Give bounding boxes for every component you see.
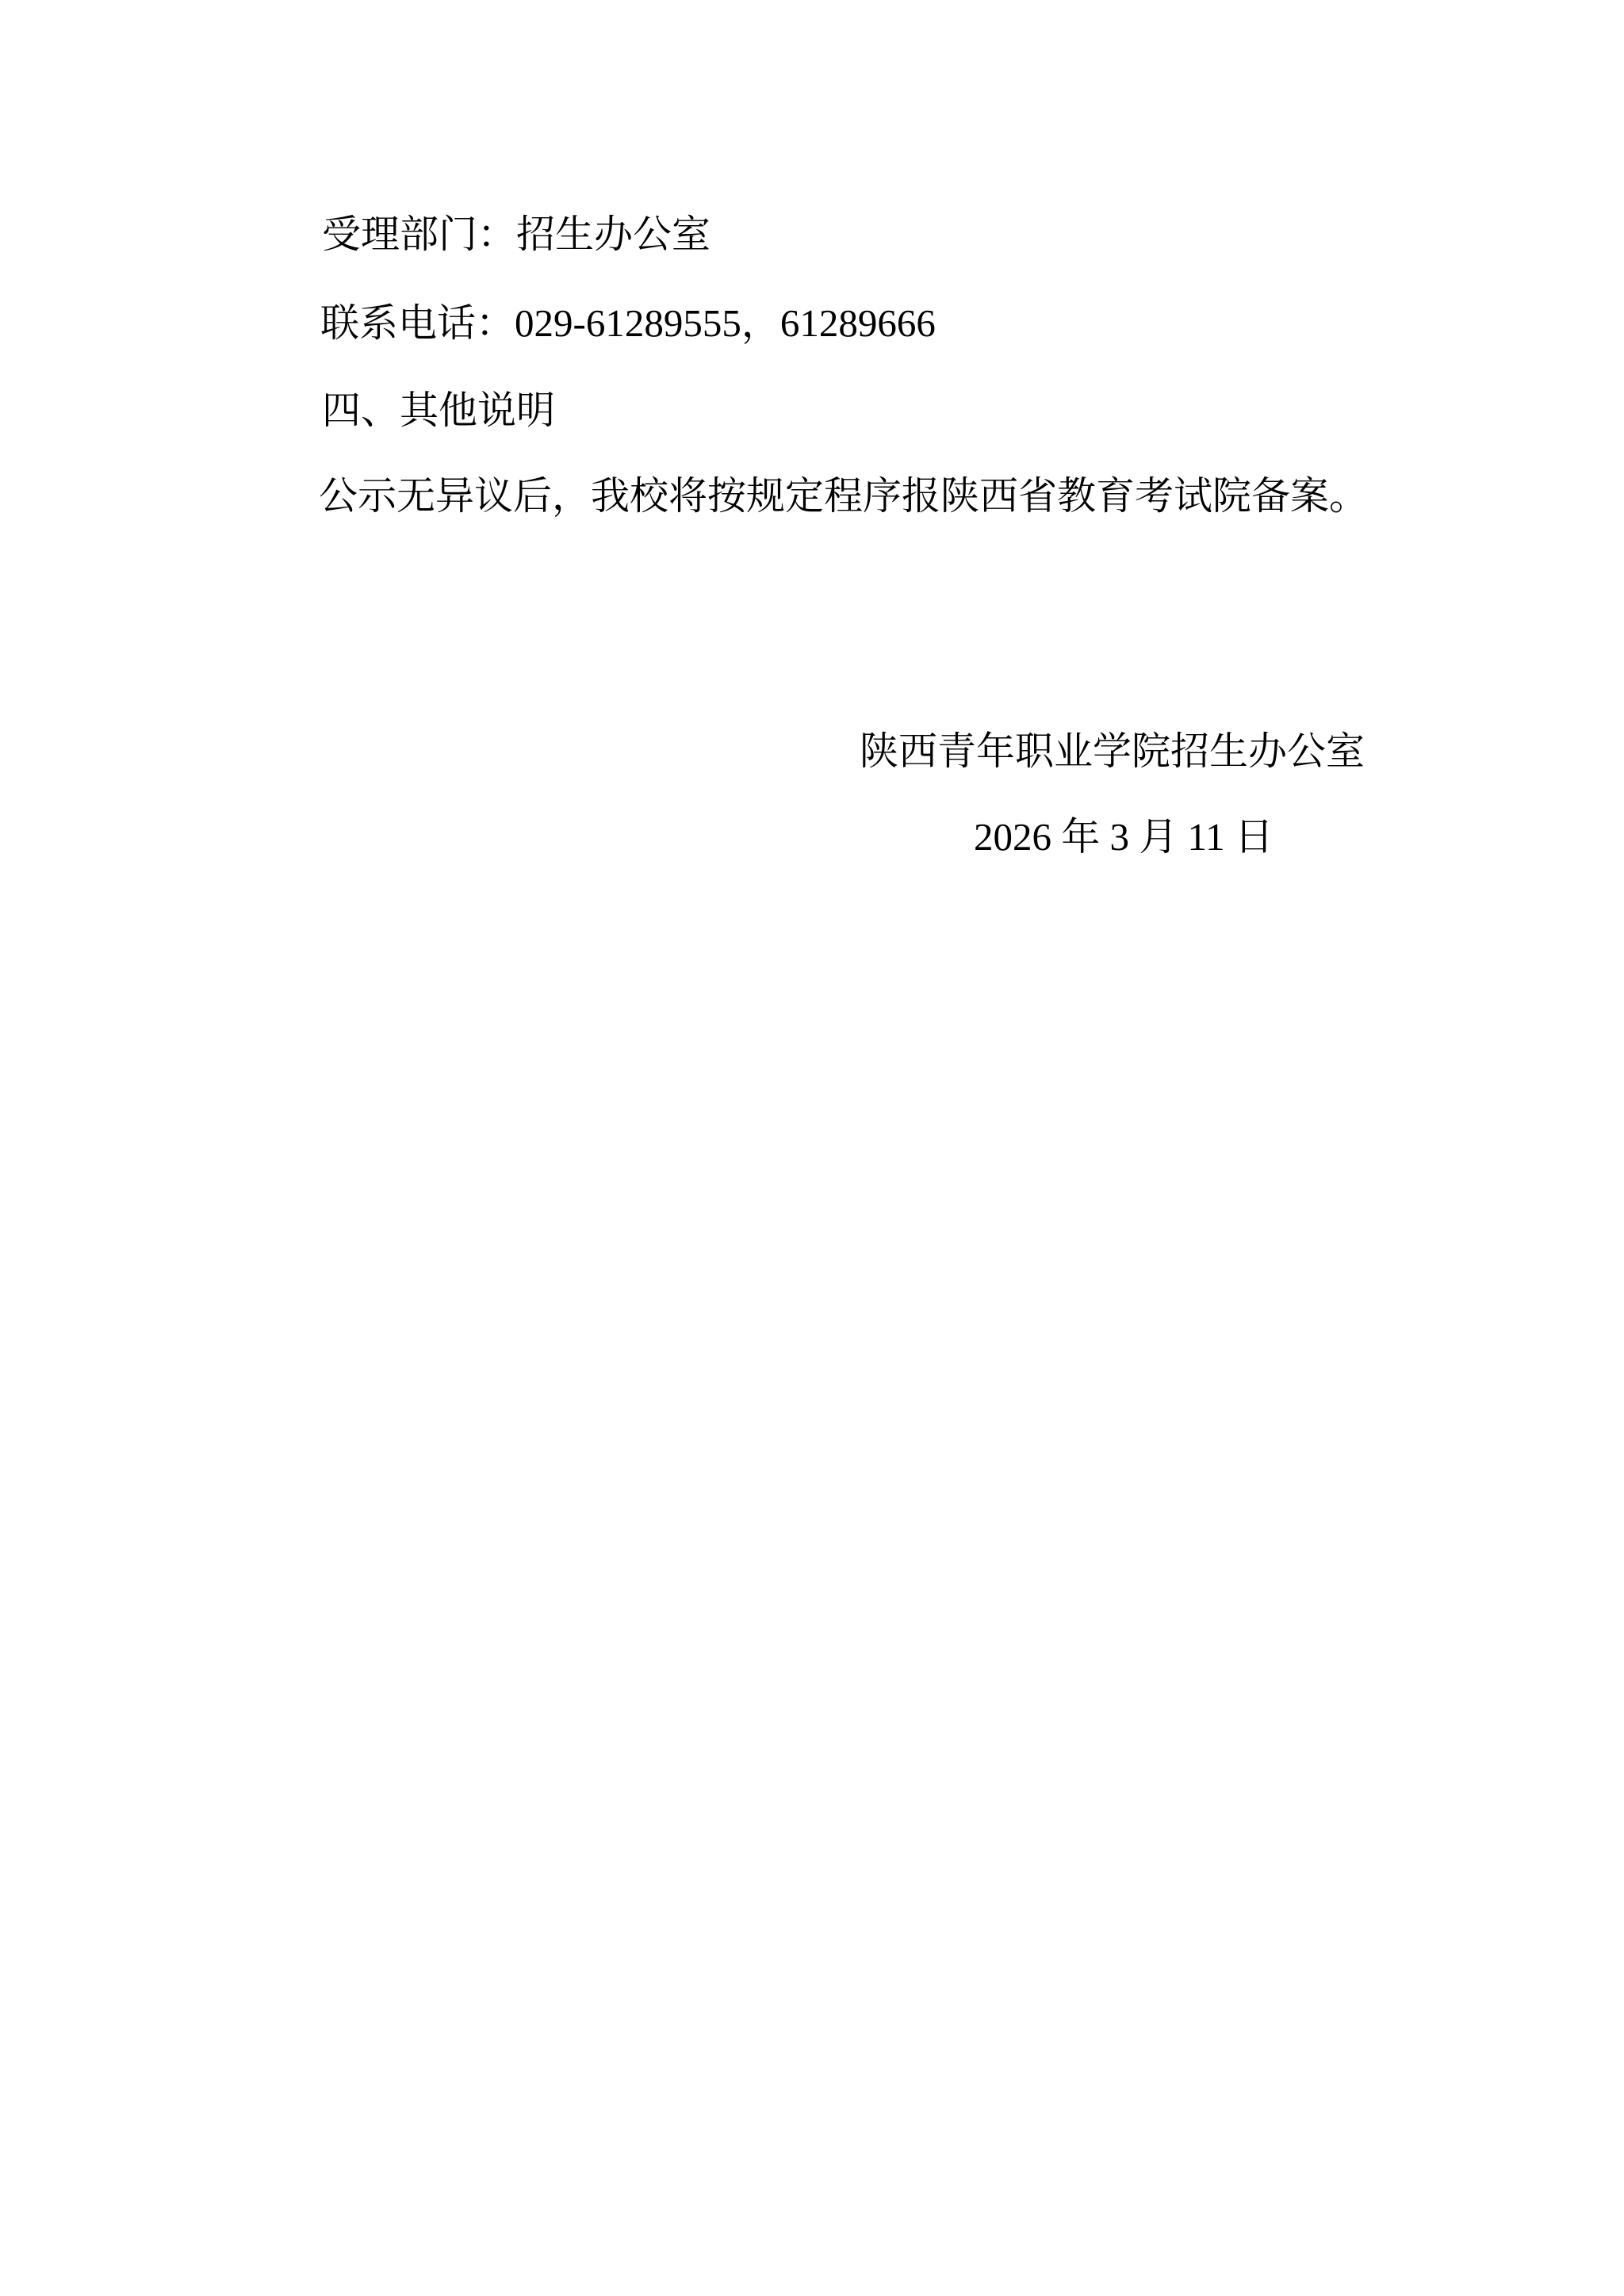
paragraph-accepting-department: 受理部门：招生办公室: [322, 215, 710, 254]
paragraph-contact-phone: 联系电话：029-61289555，61289666: [320, 304, 936, 342]
signature-organization: 陕西青年职业学院招生办公室: [860, 732, 1365, 771]
heading-section-four: 四、其他说明: [322, 391, 555, 430]
signature-date: 2026 年 3 月 11 日: [974, 817, 1274, 856]
document-page: 受理部门：招生办公室 联系电话：029-61289555，61289666 四、…: [0, 0, 1624, 2296]
paragraph-filing-statement: 公示无异议后，我校将按规定程序报陕西省教育考试院备案。: [319, 476, 1368, 515]
